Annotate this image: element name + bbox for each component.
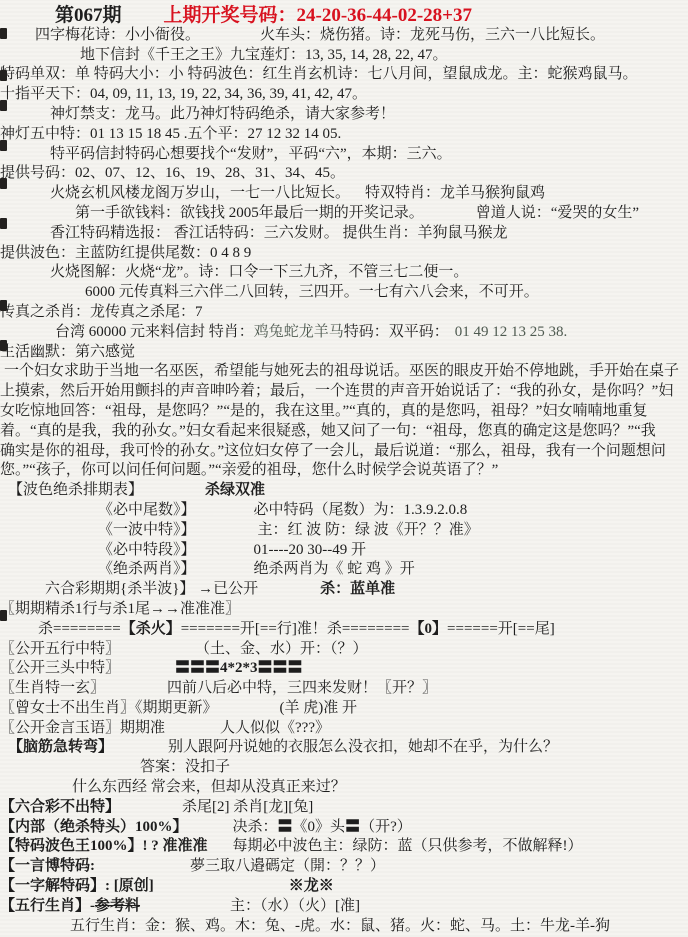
line-xiangjiang-report: 香江特码精选报： 香江话特码：三六发财。 提供生肖：羊狗鼠马猴龙 xyxy=(0,224,688,244)
line-internal-kill-head-seg-2: 〓 xyxy=(278,818,293,838)
line-three-heads-open-seg-1: 〓〓〓4*2*3〓〓〓 xyxy=(175,659,303,679)
line-zodiac-mystery-seg-1: 四前八后必中特，三四来发财！〖开？〗 xyxy=(167,679,437,699)
line-teaser-answer: 答案：没扣子 xyxy=(0,758,688,778)
line-no-special-out: 【六合彩不出特】杀尾[2] 杀肖[龙][兔] xyxy=(0,798,688,818)
line-lamp-five-special: 神灯五中特：01 13 15 18 45 .五个平：27 12 32 14 05… xyxy=(0,125,688,145)
line-humor-p2: 上摸索，然后开始用颤抖的声音呻吟着；最后，一个连贯的声音开始说话了：“我的孙女，… xyxy=(0,382,688,402)
line-fire-diagram: 火烧图解：火烧“龙”。诗：口令一下三九齐，不管三七二便一。 xyxy=(0,263,688,283)
line-lamp-ban: 神灯禁支：龙马。此乃神灯特码绝杀，请大家参考！ xyxy=(0,105,688,125)
line-fax-kill-seg-0: 传真之杀肖：龙传真之杀尾：7 xyxy=(0,303,203,323)
line-taiwan-60000-seg-1: 鸡兔蛇龙羊马 xyxy=(254,323,344,343)
line-must-hit-segment-seg-0: 《必中特段》】 xyxy=(98,541,196,561)
line-must-hit-tail-seg-0: 《必中尾数》】 xyxy=(98,501,196,521)
line-internal-kill-head-seg-5: （开?） xyxy=(360,818,412,838)
line-header-seg-0: 第067期 xyxy=(55,6,122,26)
line-must-hit-tail: 《必中尾数》】必中特码（尾数）为：1.3.9.2.0.8 xyxy=(0,501,688,521)
line-plum-poem-seg-0: 四字梅花诗：小小衙役。 xyxy=(35,26,200,46)
line-humor-p4-seg-0: 着。“真的是我，我的孙女。”妇女看起来很疑惑，她又问了一句：“祖母，您真的确定这… xyxy=(0,422,656,442)
line-taiwan-60000-seg-3: 01 49 12 13 25 38. xyxy=(455,323,568,343)
line-three-heads-open: 〖公开三头中特〗〓〓〓4*2*3〓〓〓 xyxy=(0,659,688,679)
line-kill-fire-row-seg-0: 杀======== xyxy=(38,620,121,640)
line-brain-teaser-seg-1: 别人跟阿丹说她的衣服怎么没衣扣，她却不在乎，为什么？ xyxy=(168,738,558,758)
scan-artifact xyxy=(0,218,7,229)
line-fax-kill: 传真之杀肖：龙传真之杀尾：7 xyxy=(0,303,688,323)
line-teaser-q2: 什么东西经 常会来，但却从没真正来过？ xyxy=(0,778,688,798)
line-one-wave-special-seg-0: 《一波中特》】 xyxy=(98,521,196,541)
line-fax-6000-seg-0: 6000 元传真料三六伴二八回转，三四开。一七有六八会来，不可开。 xyxy=(85,283,539,303)
line-header: 第067期上期开奖号码：24-20-36-44-02-28+37 xyxy=(0,6,688,26)
line-humor-p6: 您。”“孩子，你可以问任何问题。”“亲爱的祖母，您什么时候学会说英语了？” xyxy=(0,461,688,481)
line-internal-kill-head-seg-1: 决杀： xyxy=(233,818,278,838)
line-first-money: 第一手欲钱料：欲钱找 2005年最后一期的开奖记录。曾道人说：“爱哭的女生” xyxy=(0,204,688,224)
line-letter-code-seg-0: 特平码信封特码心想要找个“发财”，平码“六”，本期：三六。 xyxy=(50,145,452,165)
line-kill-fire-row-seg-1: 【杀火】 xyxy=(121,620,181,640)
line-xiangjiang-report-seg-0: 香江特码精选报： 香江话特码：三六发财。 提供生肖：羊狗鼠马猴龙 xyxy=(50,224,508,244)
line-must-hit-tail-seg-1: 必中特码（尾数）为：1.3.9.2.0.8 xyxy=(254,501,468,521)
line-internal-kill-head-seg-4: 〓 xyxy=(345,818,360,838)
line-zeng-lady-zodiac-seg-1: (羊 虎)准 开 xyxy=(280,699,358,719)
line-plum-poem-seg-1: 火车头：烧伤猪。诗：龙死马伤，三六一八比短长。 xyxy=(260,26,605,46)
line-kill-fire-row-seg-4: ======开[==尾] xyxy=(447,620,555,640)
line-one-char-code-seg-1: ※龙※ xyxy=(289,877,334,897)
line-provided-numbers-seg-0: 提供号码：02、07、12、16、19、28、31、34、45。 xyxy=(0,164,345,184)
line-one-word-code: 【一言博特码:夢三取八邉碼定（開：？？） xyxy=(0,857,688,877)
line-humor-p6-seg-0: 您。”“孩子，你可以问任何问题。”“亲爱的祖母，您什么时候学会说英语了？” xyxy=(0,461,498,481)
line-one-char-code: 【一字解特码】: [原创]※龙※ xyxy=(0,877,688,897)
line-zodiac-mystery-seg-0: 〖生肖特一玄〗 xyxy=(0,679,105,699)
line-kill-fire-row-seg-2: =======开[==行]准！杀======== xyxy=(181,620,410,640)
line-five-elements-open-seg-0: 〖公开五行中特〗 xyxy=(0,640,120,660)
line-ten-fingers: 十指平天下：04, 09, 11, 13, 19, 22, 34, 36, 39… xyxy=(0,85,688,105)
line-kill-two-zodiac-seg-1: 绝杀两肖为《 蛇 鸡 》开 xyxy=(254,560,415,580)
line-humor-p3-seg-0: 女吃惊地回答：“祖母，是您吗？”“是的，我在这里。”“真的，真的是您吗，祖母？”… xyxy=(0,402,647,422)
line-no-special-out-seg-1: 杀尾[2] 杀肖[龙][兔] xyxy=(182,798,313,818)
line-one-wave-special: 《一波中特》】主：红 波 防：绿 波《开？？准》 xyxy=(0,521,688,541)
line-internal-kill-head-seg-0: 【内部（绝杀特头）100%】 xyxy=(0,818,188,838)
line-teaser-answer-seg-0: 答案：没扣子 xyxy=(140,758,230,778)
scan-artifact xyxy=(0,70,7,81)
line-first-money-seg-1: 曾道人说：“爱哭的女生” xyxy=(476,204,639,224)
line-one-wave-special-seg-1: 主：红 波 防：绿 波《开？？准》 xyxy=(258,521,479,541)
line-wave-color-king-seg-1: 每期必中波色主：绿防：蓝（只供参考，不做解释!） xyxy=(233,837,583,857)
line-one-word-code-seg-1: 夢三取八邉碼定（開：？？） xyxy=(190,857,385,877)
line-five-element-detail-seg-0: 五行生肖：金：猴、鸡。木：兔、-虎。水：鼠、猪。火：蛇、马。土：牛龙-羊-狗 xyxy=(70,917,610,937)
line-five-element-detail: 五行生肖：金：猴、鸡。木：兔、-虎。水：鼠、猪。火：蛇、马。土：牛龙-羊-狗 xyxy=(0,917,688,937)
line-five-elements-open-seg-1: （土、金、水）开：（？） xyxy=(195,640,368,660)
line-five-element-zodiac-title-seg-0: 【五行生肖】- xyxy=(0,897,95,917)
line-internal-kill-head-seg-3: 《0》头 xyxy=(293,818,346,838)
line-humor-title: 生活幽默：第六感觉 xyxy=(0,343,688,363)
line-kill-two-zodiac: 《绝杀两肖》】绝杀两肖为《 蛇 鸡 》开 xyxy=(0,560,688,580)
line-provided-wave-color-seg-0: 提供波色：主蓝防红提供尾数：0 4 8 9 xyxy=(0,244,251,264)
line-humor-p1: 一个妇女求助于当地一名巫医，希望能与她死去的祖母说话。巫医的眼皮开始不停地跳，手… xyxy=(0,362,688,382)
document-body: 第067期上期开奖号码：24-20-36-44-02-28+37四字梅花诗：小小… xyxy=(0,6,688,936)
line-kill-two-zodiac-seg-0: 《绝杀两肖》】 xyxy=(98,560,196,580)
line-humor-p1-seg-0: 一个妇女求助于当地一名巫医，希望能与她死去的祖母说话。巫医的眼皮开始不停地跳，手… xyxy=(4,362,679,382)
line-fire-mystery: 火烧玄机风楼龙阁万岁山，一七一八比短长。特双特肖：龙羊马猴狗鼠鸡 xyxy=(0,184,688,204)
line-three-heads-open-seg-0: 〖公开三头中特〗 xyxy=(0,659,120,679)
line-first-money-seg-0: 第一手欲钱料：欲钱找 2005年最后一期的开奖记录。 xyxy=(75,204,424,224)
line-teaser-q2-seg-0: 什么东西经 常会来，但却从没真正来过？ xyxy=(72,778,346,798)
line-golden-words-seg-0: 〖公开金言玉语〗期期准 xyxy=(0,719,165,739)
line-zodiac-mystery: 〖生肖特一玄〗四前八后必中特，三四来发财！〖开？〗 xyxy=(0,679,688,699)
line-must-hit-segment: 《必中特段》】01----20 30--49 开 xyxy=(0,541,688,561)
line-half-wave-kill-seg-0: 六合彩期期{杀半波}】 →已公开 xyxy=(45,580,258,600)
line-one-char-code-seg-0: 【一字解特码】: [原创] xyxy=(0,877,154,897)
line-humor-p2-seg-0: 上摸索，然后开始用颤抖的声音呻吟着；最后，一个连贯的声音开始说话了：“我的孙女，… xyxy=(0,382,673,402)
line-golden-words-seg-1: 人人似似《???》 xyxy=(220,719,330,739)
line-row-tail-kill-title-seg-0: 〖期期精杀1行与杀1尾→→准准准〗 xyxy=(0,600,240,620)
line-fire-mystery-seg-1: 特双特肖：龙羊马猴狗鼠鸡 xyxy=(365,184,545,204)
line-wave-kill-table-title-seg-0: 【波色绝杀排期表】 xyxy=(8,481,143,501)
line-humor-p5-seg-0: 确实是你的祖母，我可怜的孙女。”这位妇女停了一会儿，最后说道：“那么，祖母，我有… xyxy=(0,442,666,462)
line-no-special-out-seg-0: 【六合彩不出特】 xyxy=(0,798,120,818)
line-internal-kill-head: 【内部（绝杀特头）100%】决杀：〓《0》头〓（开?） xyxy=(0,818,688,838)
line-humor-p5: 确实是你的祖母，我可怜的孙女。”这位妇女停了一会儿，最后说道：“那么，祖母，我有… xyxy=(0,442,688,462)
line-header-seg-1: 上期开奖号码：24-20-36-44-02-28+37 xyxy=(164,6,472,26)
line-provided-numbers: 提供号码：02、07、12、16、19、28、31、34、45。 xyxy=(0,164,688,184)
line-plum-poem: 四字梅花诗：小小衙役。火车头：烧伤猪。诗：龙死马伤，三六一八比短长。 xyxy=(0,26,688,46)
lottery-tip-sheet: 第067期上期开奖号码：24-20-36-44-02-28+37四字梅花诗：小小… xyxy=(0,0,688,937)
line-five-elements-open: 〖公开五行中特〗（土、金、水）开：（？） xyxy=(0,640,688,660)
scan-artifact xyxy=(0,100,7,111)
scan-artifact xyxy=(0,340,7,351)
line-kill-fire-row-seg-3: 【0】 xyxy=(410,620,448,640)
scan-artifact xyxy=(0,300,7,311)
scan-artifact xyxy=(0,610,7,621)
line-wave-kill-table-title-seg-1: 杀绿双准 xyxy=(205,481,265,501)
line-wave-color-king: 【特码波色王100%】! ? 准准准每期必中波色主：绿防：蓝（只供参考，不做解释… xyxy=(0,837,688,857)
line-must-hit-segment-seg-1: 01----20 30--49 开 xyxy=(254,541,366,561)
line-fire-mystery-seg-0: 火烧玄机风楼龙阁万岁山，一七一八比短长。 xyxy=(50,184,350,204)
line-wave-color-king-seg-0: 【特码波色王100%】! ? 准准准 xyxy=(0,837,208,857)
line-provided-wave-color: 提供波色：主蓝防红提供尾数：0 4 8 9 xyxy=(0,244,688,264)
line-taiwan-60000: 台湾 60000 元来料信封 特肖：鸡兔蛇龙羊马特码：双平码：01 49 12 … xyxy=(0,323,688,343)
line-fax-6000: 6000 元传真料三六伴二八回转，三四开。一七有六八会来，不可开。 xyxy=(0,283,688,303)
line-humor-p3: 女吃惊地回答：“祖母，是您吗？”“是的，我在这里。”“真的，真的是您吗，祖母？”… xyxy=(0,402,688,422)
scan-artifact xyxy=(0,178,7,189)
line-brain-teaser-seg-0: 【脑筋急转弯】 xyxy=(8,738,113,758)
line-brain-teaser: 【脑筋急转弯】别人跟阿丹说她的衣服怎么没衣扣，她却不在乎，为什么？ xyxy=(0,738,688,758)
line-kill-fire-row: 杀========【杀火】=======开[==行]准！杀========【0】… xyxy=(0,620,688,640)
line-lamp-ban-seg-0: 神灯禁支：龙马。此乃神灯特码绝杀，请大家参考！ xyxy=(50,105,395,125)
line-letter-code: 特平码信封特码心想要找个“发财”，平码“六”，本期：三六。 xyxy=(0,145,688,165)
line-fire-diagram-seg-0: 火烧图解：火烧“龙”。诗：口令一下三九齐，不管三七二便一。 xyxy=(50,263,468,283)
line-taiwan-60000-seg-0: 台湾 60000 元来料信封 特肖： xyxy=(55,323,254,343)
line-humor-p4: 着。“真的是我，我的孙女。”妇女看起来很疑惑，她又问了一句：“祖母，您真的确定这… xyxy=(0,422,688,442)
line-special-code-attrs: 特码单双：单 特码大小：小 特码波色：红生肖玄机诗：七八月间，望鼠成龙。主：蛇猴… xyxy=(0,65,688,85)
line-lamp-five-special-seg-0: 神灯五中特：01 13 15 18 45 .五个平：27 12 32 14 05… xyxy=(0,125,341,145)
line-underground-letter: 地下信封《千王之王》九宝莲灯：13, 35, 14, 28, 22, 47。 xyxy=(0,46,688,66)
line-taiwan-60000-seg-2: 特码：双平码： xyxy=(344,323,449,343)
scan-artifact xyxy=(0,28,7,39)
line-five-element-zodiac-title-seg-1: 参考料 xyxy=(95,897,140,917)
line-five-element-zodiac-title-seg-2: 主：（水）（火）[准] xyxy=(230,897,360,917)
line-one-word-code-seg-0: 【一言博特码: xyxy=(0,857,95,877)
line-underground-letter-seg-0: 地下信封《千王之王》九宝莲灯：13, 35, 14, 28, 22, 47。 xyxy=(80,46,448,66)
line-humor-title-seg-0: 生活幽默：第六感觉 xyxy=(0,343,135,363)
scan-artifact xyxy=(0,140,7,151)
line-row-tail-kill-title: 〖期期精杀1行与杀1尾→→准准准〗 xyxy=(0,600,688,620)
line-zeng-lady-zodiac: 〖曾女士不出生肖〗《期期更新》(羊 虎)准 开 xyxy=(0,699,688,719)
line-zeng-lady-zodiac-seg-0: 〖曾女士不出生肖〗《期期更新》 xyxy=(0,699,218,719)
line-ten-fingers-seg-0: 十指平天下：04, 09, 11, 13, 19, 22, 34, 36, 39… xyxy=(0,85,367,105)
line-wave-kill-table-title: 【波色绝杀排期表】杀绿双准 xyxy=(0,481,688,501)
line-half-wave-kill-seg-1: 杀：蓝单准 xyxy=(320,580,395,600)
line-special-code-attrs-seg-0: 特码单双：单 特码大小：小 特码波色：红生肖玄机诗：七八月间，望鼠成龙。主：蛇猴… xyxy=(0,65,638,85)
line-five-element-zodiac-title: 【五行生肖】-参考料主：（水）（火）[准] xyxy=(0,897,688,917)
line-half-wave-kill: 六合彩期期{杀半波}】 →已公开杀：蓝单准 xyxy=(0,580,688,600)
line-golden-words: 〖公开金言玉语〗期期准人人似似《???》 xyxy=(0,719,688,739)
